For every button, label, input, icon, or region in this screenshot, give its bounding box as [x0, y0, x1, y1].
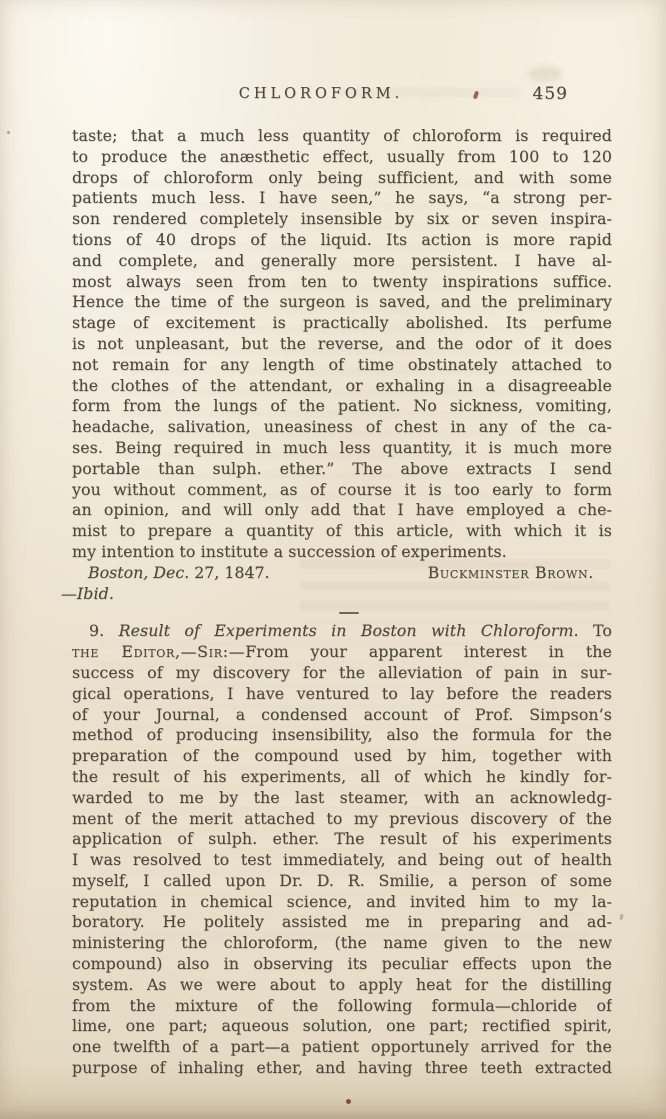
text-run: 27, 1847. — [189, 563, 269, 582]
text-line: drops of chloroform only being sufficien… — [72, 168, 612, 189]
text-run: application of sulph. ether. The result … — [72, 829, 612, 848]
text-line: stage of excitement is practically aboli… — [72, 313, 612, 334]
ink-speck — [346, 1099, 351, 1104]
scanned-book-page: CHLOROFORM. 459 taste; that a much less … — [0, 0, 666, 1119]
text-run: patients much less. I have seen,” he say… — [72, 188, 612, 207]
text-run: ses. Being required in much less quantit… — [72, 438, 612, 457]
text-run: ment of the merit attached to my previou… — [72, 809, 612, 828]
signature-name: Buckminster Brown. — [428, 563, 594, 584]
text-line: success of my discovery for the alleviat… — [72, 663, 612, 684]
text-line: warded to me by the last steamer, with a… — [72, 788, 612, 809]
text-line: not remain for any length of time obstin… — [72, 355, 612, 376]
divider-dash — [339, 612, 359, 614]
text-line: gical operations, I have ventured to lay… — [72, 684, 612, 705]
text-line: —Ibid. — [61, 584, 612, 605]
text-line: myself, I called upon Dr. D. R. Smilie, … — [72, 871, 612, 892]
text-run: my intention to institute a succession o… — [72, 542, 507, 561]
ink-speck — [7, 131, 10, 134]
text-run: myself, I called upon Dr. D. R. Smilie, … — [72, 871, 612, 890]
text-run: the result of his experiments, all of wh… — [72, 767, 612, 786]
text-run: Boston, Dec. — [88, 563, 189, 582]
text-run: one twelfth of a part—a patient opportun… — [72, 1037, 612, 1056]
text-run: —Ibid. — [61, 584, 114, 603]
text-run: From your apparent interest in the — [245, 642, 612, 661]
running-title: CHLOROFORM. — [239, 86, 403, 102]
text-run: son rendered completely insensible by si… — [72, 209, 612, 228]
text-line: ses. Being required in much less quantit… — [72, 438, 612, 459]
text-line: method of producing insensibility, also … — [72, 725, 612, 746]
text-run: lime, one part; aqueous solution, one pa… — [72, 1016, 612, 1035]
text-run: from the mixture of the following formul… — [72, 996, 612, 1015]
text-run: reputation in chemical science, and invi… — [72, 892, 612, 911]
text-line: ment of the merit attached to my previou… — [72, 809, 612, 830]
text-line: purpose of inhaling ether, and having th… — [72, 1058, 612, 1079]
text-line: the result of his experiments, all of wh… — [72, 767, 612, 788]
text-run: an opinion, and will only add that I hav… — [72, 500, 612, 519]
text-line: compound) also in observing its peculiar… — [72, 954, 612, 975]
text-line: you without comment, as of course it is … — [72, 480, 612, 501]
text-run: 9. — [89, 621, 119, 640]
text-run: purpose of inhaling ether, and having th… — [72, 1058, 612, 1077]
text-line: of your Journal, a condensed account of … — [72, 705, 612, 726]
text-line: 9. Result of Experiments in Boston with … — [72, 621, 612, 642]
text-line: Hence the time of the surgeon is saved, … — [72, 292, 612, 313]
text-run: form from the lungs of the patient. No s… — [72, 396, 612, 415]
paragraph: taste; that a much less quantity of chlo… — [72, 126, 612, 563]
text-run: warded to me by the last steamer, with a… — [72, 788, 612, 807]
text-line: most always seen from ten to twenty insp… — [72, 272, 612, 293]
text-line: reputation in chemical science, and invi… — [72, 892, 612, 913]
text-line: ministering the chloroform, (the name gi… — [72, 933, 612, 954]
text-run: you without comment, as of course it is … — [72, 480, 612, 499]
text-line: son rendered completely insensible by si… — [72, 209, 612, 230]
paragraph: 9. Result of Experiments in Boston with … — [72, 621, 612, 1079]
text-run: taste; that a much less quantity of chlo… — [72, 126, 612, 145]
text-line: the clothes of the attendant, or exhalin… — [72, 376, 612, 397]
text-run: ministering the chloroform, (the name gi… — [72, 933, 612, 952]
text-run: boratory. He politely assisted me in pre… — [72, 912, 612, 931]
text-run: preparation of the compound used by him,… — [72, 746, 612, 765]
text-run: compound) also in observing its peculiar… — [72, 954, 612, 973]
text-run: of your Journal, a condensed account of … — [72, 705, 612, 724]
text-run: success of my discovery for the alleviat… — [72, 663, 612, 682]
text-line: headache, salivation, uneasiness of ches… — [72, 417, 612, 438]
text-line: portable than sulph. ether.” The above e… — [72, 459, 612, 480]
section-divider — [72, 604, 612, 621]
signature-date: Boston, Dec. 27, 1847. — [88, 563, 270, 584]
text-line: taste; that a much less quantity of chlo… — [72, 126, 612, 147]
ink-speck — [619, 914, 623, 920]
text-run: system. As we were about to apply heat f… — [72, 975, 612, 994]
text-run: gical operations, I have ventured to lay… — [72, 684, 612, 703]
paper-smudge — [528, 66, 562, 82]
text-run: Result of Experiments in Boston with Chl… — [119, 621, 579, 640]
text-line: from the mixture of the following formul… — [72, 996, 612, 1017]
text-run: not remain for any length of time obstin… — [72, 355, 612, 374]
ink-speck — [473, 91, 479, 100]
text-run: is not unpleasant, but the reverse, and … — [72, 334, 612, 353]
text-line: I was resolved to test immediately, and … — [72, 850, 612, 871]
text-line: boratory. He politely assisted me in pre… — [72, 912, 612, 933]
text-run: the clothes of the attendant, or exhalin… — [72, 376, 612, 395]
text-run: Hence the time of the surgeon is saved, … — [72, 292, 612, 311]
text-line: the Editor,—Sir:—From your apparent inte… — [72, 642, 612, 663]
text-run: I was resolved to test immediately, and … — [72, 850, 612, 869]
text-run: most always seen from ten to twenty insp… — [72, 272, 612, 291]
signature-line: Boston, Dec. 27, 1847.Buckminster Brown. — [72, 563, 612, 584]
text-line: application of sulph. ether. The result … — [72, 829, 612, 850]
text-line: preparation of the compound used by him,… — [72, 746, 612, 767]
text-line: and complete, and generally more persist… — [72, 251, 612, 272]
text-run: portable than sulph. ether.” The above e… — [72, 459, 612, 478]
text-run: To — [579, 621, 612, 640]
text-line: one twelfth of a part—a patient opportun… — [72, 1037, 612, 1058]
text-line: patients much less. I have seen,” he say… — [72, 188, 612, 209]
text-run: and complete, and generally more persist… — [72, 251, 612, 270]
text-run: the Editor,—Sir:— — [72, 642, 245, 661]
text-run: method of producing insensibility, also … — [72, 725, 612, 744]
text-line: an opinion, and will only add that I hav… — [72, 500, 612, 521]
text-run: stage of excitement is practically aboli… — [72, 313, 612, 332]
text-line: lime, one part; aqueous solution, one pa… — [72, 1016, 612, 1037]
text-line: my intention to institute a succession o… — [72, 542, 612, 563]
text-column: taste; that a much less quantity of chlo… — [72, 126, 612, 1079]
text-line: system. As we were about to apply heat f… — [72, 975, 612, 996]
paragraph: —Ibid. — [72, 584, 612, 605]
text-line: tions of 40 drops of the liquid. Its act… — [72, 230, 612, 251]
text-run: drops of chloroform only being sufficien… — [72, 168, 612, 187]
page-number: 459 — [533, 84, 568, 104]
text-line: is not unpleasant, but the reverse, and … — [72, 334, 612, 355]
text-line: mist to prepare a quantity of this artic… — [72, 521, 612, 542]
text-run: headache, salivation, uneasiness of ches… — [72, 417, 612, 436]
text-run: to produce the anæsthetic effect, usuall… — [72, 147, 612, 166]
text-line: form from the lungs of the patient. No s… — [72, 396, 612, 417]
text-run: tions of 40 drops of the liquid. Its act… — [72, 230, 612, 249]
text-line: to produce the anæsthetic effect, usuall… — [72, 147, 612, 168]
text-run: Buckminster Brown. — [428, 563, 594, 582]
text-run: mist to prepare a quantity of this artic… — [72, 521, 612, 540]
